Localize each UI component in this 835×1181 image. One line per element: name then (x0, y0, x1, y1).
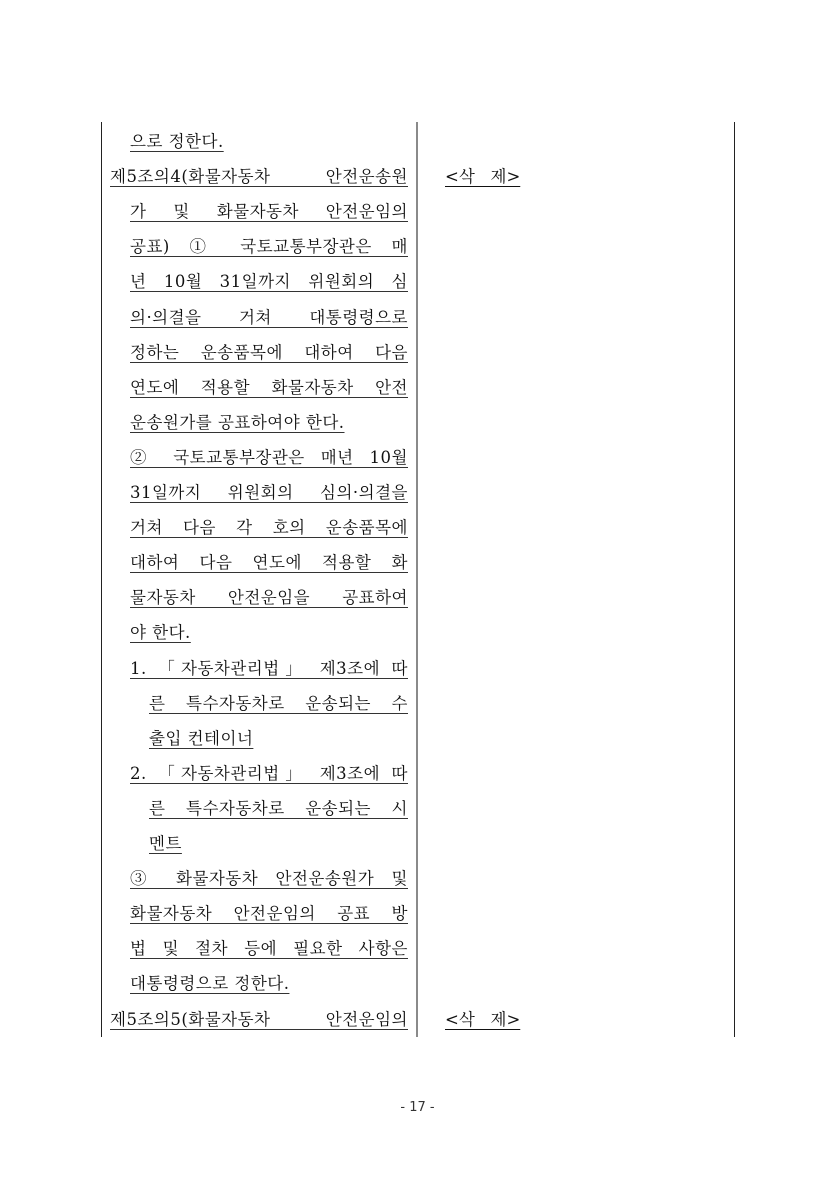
text-line-content: 야 한다. (130, 623, 191, 642)
deleted-marker: <삭 제> (445, 1010, 520, 1030)
deleted-marker: <삭 제> (445, 167, 520, 187)
text-line: 년 10월 31일까지 위원회의 심 (130, 272, 408, 307)
text-line: 제5조의5(화물자동차 안전운임의 (110, 1010, 408, 1045)
text-line: 의·의결을 거쳐 대통령령으로 (130, 308, 408, 343)
text-line: 제5조의4(화물자동차 안전운송원 (110, 167, 408, 202)
text-line: ③ 화물자동차 안전운송원가 및 (130, 869, 408, 904)
text-line-content: 거쳐 다음 각 호의 운송품목에 (130, 518, 408, 538)
text-line: 거쳐 다음 각 호의 운송품목에 (130, 518, 408, 553)
text-line: 운송원가를 공표하여야 한다. (130, 413, 345, 448)
text-line: 야 한다. (130, 623, 191, 658)
text-line-content: 대하여 다음 연도에 적용할 화 (130, 553, 408, 573)
document-page: 으로 정한다.제5조의4(화물자동차 안전운송원가 및 화물자동차 안전운임의공… (0, 0, 835, 1181)
text-line-content: 으로 정한다. (130, 132, 224, 151)
text-line-content: 연도에 적용할 화물자동차 안전 (130, 378, 408, 398)
text-line: ② 국토교통부장관은 매년 10월 (130, 448, 408, 483)
text-line-content: 출입 컨테이너 (149, 729, 253, 748)
text-line-content: 의·의결을 거쳐 대통령령으로 (130, 308, 408, 328)
text-line-content: ② 국토교통부장관은 매년 10월 (130, 448, 408, 468)
text-line-content: 가 및 화물자동차 안전운임의 (130, 202, 408, 222)
text-line-content: 년 10월 31일까지 위원회의 심 (130, 272, 408, 292)
table-right-border (734, 122, 735, 1037)
text-line-content: 1. 「자동차관리법」 제3조에 따 (130, 659, 408, 679)
text-line-content: 법 및 절차 등에 필요한 사항은 (130, 939, 408, 959)
text-line-content: 운송원가를 공표하여야 한다. (130, 413, 345, 432)
text-line-content: 2. 「자동차관리법」 제3조에 따 (130, 764, 408, 784)
text-line: 31일까지 위원회의 심의·의결을 (130, 483, 408, 518)
text-line-content: 제5조의4(화물자동차 안전운송원 (110, 167, 408, 187)
text-line: 화물자동차 안전운임의 공표 방 (130, 904, 408, 939)
text-line: 가 및 화물자동차 안전운임의 (130, 202, 408, 237)
text-line: 른 특수자동차로 운송되는 시 (149, 799, 408, 834)
text-line-content: 대통령령으로 정한다. (130, 974, 289, 993)
text-line: 대통령령으로 정한다. (130, 974, 289, 1009)
text-line-content: 른 특수자동차로 운송되는 시 (149, 799, 408, 819)
text-line: 대하여 다음 연도에 적용할 화 (130, 553, 408, 588)
text-line-content: 른 특수자동차로 운송되는 수 (149, 694, 408, 714)
text-line: 물자동차 안전운임을 공표하여 (130, 588, 408, 623)
text-line-content: 멘트 (149, 834, 182, 853)
text-line: 1. 「자동차관리법」 제3조에 따 (130, 659, 408, 694)
text-line: 출입 컨테이너 (149, 729, 253, 764)
text-line: 른 특수자동차로 운송되는 수 (149, 694, 408, 729)
text-line: 2. 「자동차관리법」 제3조에 따 (130, 764, 408, 799)
table-left-border (101, 122, 102, 1037)
text-line: 멘트 (149, 834, 182, 869)
text-line: 연도에 적용할 화물자동차 안전 (130, 378, 408, 413)
text-line-content: 제5조의5(화물자동차 안전운임의 (110, 1010, 408, 1030)
text-line-content: 화물자동차 안전운임의 공표 방 (130, 904, 408, 924)
text-line-content: ③ 화물자동차 안전운송원가 및 (130, 869, 408, 889)
text-line-content: 공표) ① 국토교통부장관은 매 (130, 237, 408, 257)
text-line-content: 31일까지 위원회의 심의·의결을 (130, 483, 408, 503)
table-column-divider (416, 122, 418, 1037)
text-line: 법 및 절차 등에 필요한 사항은 (130, 939, 408, 974)
text-line-content: 정하는 운송품목에 대하여 다음 (130, 343, 408, 363)
text-line: 으로 정한다. (130, 132, 224, 167)
page-number: - 17 - (0, 1100, 835, 1115)
text-line-content: 물자동차 안전운임을 공표하여 (130, 588, 408, 608)
text-line: 정하는 운송품목에 대하여 다음 (130, 343, 408, 378)
text-line: 공표) ① 국토교통부장관은 매 (130, 237, 408, 272)
